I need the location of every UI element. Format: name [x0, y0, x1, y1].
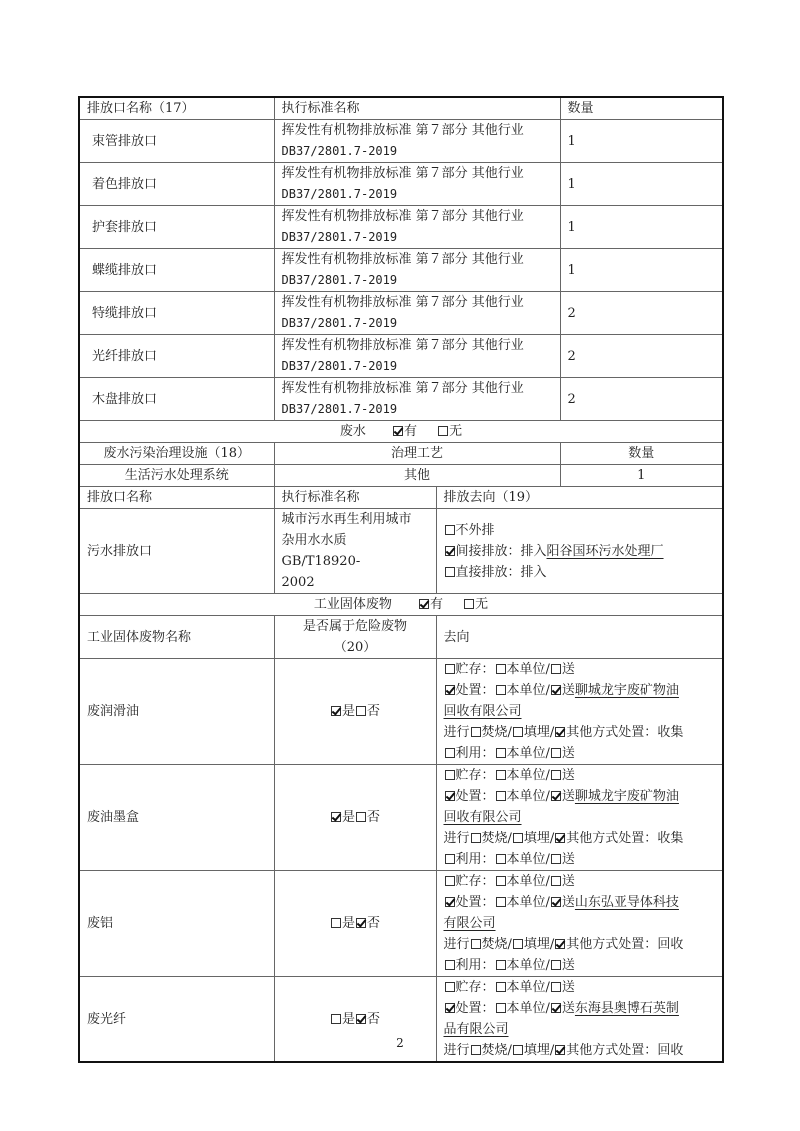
- option-indirect-discharge[interactable]: 间接排放：排入阳谷国环污水处理厂: [444, 541, 716, 562]
- outlet-count: 2: [560, 378, 723, 421]
- sewage-outlet-header-row: 排放口名称 执行标准名称 排放去向（19）: [79, 487, 723, 509]
- checkbox-checked-icon[interactable]: [331, 706, 341, 716]
- checkbox-unchecked-icon[interactable]: [513, 833, 523, 843]
- checkbox-unchecked-icon[interactable]: [551, 876, 561, 886]
- checkbox-checked-icon[interactable]: [555, 939, 565, 949]
- checkbox-unchecked-icon[interactable]: [496, 770, 506, 780]
- outlet-count: 1: [560, 120, 723, 163]
- header-facility-count: 数量: [560, 443, 723, 465]
- checkbox-checked-icon[interactable]: [551, 791, 561, 801]
- checkbox-unchecked-icon[interactable]: [445, 770, 455, 780]
- outlet-count: 2: [560, 292, 723, 335]
- solid-waste-yes-label: 有: [430, 597, 443, 612]
- page-number: 2: [0, 1036, 800, 1050]
- sewage-outlet-name: 污水排放口: [79, 509, 274, 594]
- checkbox-unchecked-icon[interactable]: [496, 854, 506, 864]
- outlet-row: 特缆排放口 挥发性有机物排放标准 第７部分 其他行业DB37/2801.7-20…: [79, 292, 723, 335]
- waste-destination: 贮存：本单位/送 处置：本单位/送聊城龙宇废矿物油 回收有限公司 进行焚烧/填埋…: [436, 659, 723, 765]
- solid-waste-row: 废润滑油 是否 贮存：本单位/送 处置：本单位/送聊城龙宇废矿物油 回收有限公司…: [79, 659, 723, 765]
- checkbox-unchecked-icon[interactable]: [356, 706, 366, 716]
- outlet-name: 特缆排放口: [79, 292, 274, 335]
- checkbox-unchecked-icon[interactable]: [551, 854, 561, 864]
- option-no-discharge[interactable]: 不外排: [444, 520, 716, 541]
- outlet-name: 光纤排放口: [79, 335, 274, 378]
- header-destination: 去向: [436, 616, 723, 659]
- checkbox-checked-icon[interactable]: [551, 897, 561, 907]
- checkbox-unchecked-icon[interactable]: [496, 791, 506, 801]
- outlet-row: 光纤排放口 挥发性有机物排放标准 第７部分 其他行业DB37/2801.7-20…: [79, 335, 723, 378]
- outlet-row: 木盘排放口 挥发性有机物排放标准 第７部分 其他行业DB37/2801.7-20…: [79, 378, 723, 421]
- recipient-name-cont: 回收有限公司: [444, 810, 522, 825]
- outlet-name: 护套排放口: [79, 206, 274, 249]
- outlet-row: 着色排放口 挥发性有机物排放标准 第７部分 其他行业DB37/2801.7-20…: [79, 163, 723, 206]
- checkbox-checked-icon[interactable]: [356, 1014, 366, 1024]
- checkbox-unchecked-icon[interactable]: [445, 854, 455, 864]
- checkbox-unchecked-icon[interactable]: [551, 960, 561, 970]
- checkbox-unchecked-icon[interactable]: [445, 525, 455, 535]
- waste-name: 废油墨盒: [79, 765, 274, 871]
- indirect-target: 阳谷国环污水处理厂: [547, 544, 664, 559]
- facility-count: 1: [560, 465, 723, 487]
- wastewater-yes-label: 有: [404, 424, 417, 439]
- checkbox-checked-icon[interactable]: [555, 727, 565, 737]
- recipient-name: 聊城龙宇废矿物油: [575, 789, 679, 804]
- recipient-name-cont: 回收有限公司: [444, 704, 522, 719]
- header-outlet-name: 排放口名称（17）: [79, 97, 274, 120]
- checkbox-unchecked-icon[interactable]: [496, 876, 506, 886]
- checkbox-unchecked-icon[interactable]: [445, 567, 455, 577]
- wastewater-toggle: 废水 有 无: [79, 421, 723, 443]
- checkbox-checked-icon[interactable]: [551, 1003, 561, 1013]
- outlet-name: 着色排放口: [79, 163, 274, 206]
- outlet-name: 木盘排放口: [79, 378, 274, 421]
- checkbox-unchecked-icon[interactable]: [331, 1014, 341, 1024]
- outlet-standard: 挥发性有机物排放标准 第７部分 其他行业DB37/2801.7-2019: [274, 120, 560, 163]
- waste-destination: 贮存：本单位/送 处置：本单位/送山东弘亚导体科技 有限公司 进行焚烧/填埋/其…: [436, 871, 723, 977]
- checkbox-unchecked-icon[interactable]: [445, 876, 455, 886]
- checkbox-unchecked-icon[interactable]: [445, 748, 455, 758]
- header-hazardous: 是否属于危险废物（20）: [274, 616, 436, 659]
- recipient-name-cont: 品有限公司: [444, 1022, 509, 1037]
- checkbox-checked-icon[interactable]: [551, 685, 561, 695]
- facility-name: 生活污水处理系统: [79, 465, 274, 487]
- outlet-count: 2: [560, 335, 723, 378]
- outlet-name: 束管排放口: [79, 120, 274, 163]
- outlet-standard: 挥发性有机物排放标准 第７部分 其他行业DB37/2801.7-2019: [274, 292, 560, 335]
- waste-name: 废润滑油: [79, 659, 274, 765]
- waste-destination: 贮存：本单位/送 处置：本单位/送聊城龙宇废矿物油 回收有限公司 进行焚烧/填埋…: [436, 765, 723, 871]
- solid-waste-header-row: 工业固体废物名称 是否属于危险废物（20） 去向: [79, 616, 723, 659]
- header-process: 治理工艺: [274, 443, 560, 465]
- solid-waste-title-row: 工业固体废物 有 无: [79, 594, 723, 616]
- environmental-info-table: 排放口名称（17） 执行标准名称 数量 束管排放口 挥发性有机物排放标准 第７部…: [78, 96, 724, 1063]
- wastewater-title-row: 废水 有 无: [79, 421, 723, 443]
- checkbox-unchecked-icon[interactable]: [445, 982, 455, 992]
- sewage-outlet-row: 污水排放口 城市污水再生利用城市 杂用水水质 GB/T18920- 2002 不…: [79, 509, 723, 594]
- outlet-standard: 挥发性有机物排放标准 第７部分 其他行业DB37/2801.7-2019: [274, 335, 560, 378]
- facility-process: 其他: [274, 465, 560, 487]
- checkbox-unchecked-icon[interactable]: [513, 939, 523, 949]
- checkbox-unchecked-icon[interactable]: [496, 664, 506, 674]
- checkbox-checked-icon[interactable]: [331, 812, 341, 822]
- wastewater-title: 废水: [340, 424, 366, 439]
- document-page: 排放口名称（17） 执行标准名称 数量 束管排放口 挥发性有机物排放标准 第７部…: [0, 0, 800, 1131]
- facility-header-row: 废水污染治理设施（18） 治理工艺 数量: [79, 443, 723, 465]
- header-count: 数量: [560, 97, 723, 120]
- checkbox-unchecked-icon[interactable]: [496, 960, 506, 970]
- checkbox-unchecked-icon[interactable]: [445, 664, 455, 674]
- outlet-standard: 挥发性有机物排放标准 第７部分 其他行业DB37/2801.7-2019: [274, 249, 560, 292]
- checkbox-unchecked-icon[interactable]: [496, 897, 506, 907]
- checkbox-unchecked-icon[interactable]: [551, 982, 561, 992]
- recipient-name: 东海县奥博石英制: [575, 1001, 679, 1016]
- option-direct-discharge[interactable]: 直接排放：排入: [444, 562, 716, 583]
- checkbox-checked-icon[interactable]: [393, 426, 403, 436]
- outlet-standard: 挥发性有机物排放标准 第７部分 其他行业DB37/2801.7-2019: [274, 206, 560, 249]
- outlet-name: 蝶缆排放口: [79, 249, 274, 292]
- checkbox-unchecked-icon[interactable]: [356, 812, 366, 822]
- checkbox-unchecked-icon[interactable]: [471, 727, 481, 737]
- outlet-standard: 挥发性有机物排放标准 第７部分 其他行业DB37/2801.7-2019: [274, 378, 560, 421]
- header-facility: 废水污染治理设施（18）: [79, 443, 274, 465]
- checkbox-unchecked-icon[interactable]: [551, 664, 561, 674]
- checkbox-unchecked-icon[interactable]: [551, 770, 561, 780]
- checkbox-unchecked-icon[interactable]: [464, 599, 474, 609]
- facility-row: 生活污水处理系统 其他 1: [79, 465, 723, 487]
- checkbox-unchecked-icon[interactable]: [471, 939, 481, 949]
- outlet-count: 1: [560, 206, 723, 249]
- header-solid-waste-name: 工业固体废物名称: [79, 616, 274, 659]
- checkbox-unchecked-icon[interactable]: [445, 960, 455, 970]
- header-discharge-destination: 排放去向（19）: [436, 487, 723, 509]
- solid-waste-toggle: 工业固体废物 有 无: [79, 594, 723, 616]
- checkbox-unchecked-icon[interactable]: [331, 918, 341, 928]
- checkbox-unchecked-icon[interactable]: [496, 685, 506, 695]
- waste-name: 废铝: [79, 871, 274, 977]
- solid-waste-no-label: 无: [475, 597, 488, 612]
- outlet-row: 束管排放口 挥发性有机物排放标准 第７部分 其他行业DB37/2801.7-20…: [79, 120, 723, 163]
- header-sewage-standard: 执行标准名称: [274, 487, 436, 509]
- header-sewage-outlet-name: 排放口名称: [79, 487, 274, 509]
- recipient-name: 山东弘亚导体科技: [575, 895, 679, 910]
- checkbox-checked-icon[interactable]: [419, 599, 429, 609]
- checkbox-unchecked-icon[interactable]: [513, 727, 523, 737]
- recipient-name: 聊城龙宇废矿物油: [575, 683, 679, 698]
- solid-waste-title: 工业固体废物: [314, 597, 392, 612]
- sewage-standard: 城市污水再生利用城市 杂用水水质 GB/T18920- 2002: [274, 509, 436, 594]
- checkbox-unchecked-icon[interactable]: [471, 833, 481, 843]
- checkbox-checked-icon[interactable]: [445, 685, 455, 695]
- checkbox-unchecked-icon[interactable]: [551, 748, 561, 758]
- outlet-count: 1: [560, 249, 723, 292]
- checkbox-unchecked-icon[interactable]: [496, 1003, 506, 1013]
- hazardous-choice: 是否: [274, 871, 436, 977]
- outlet-standard: 挥发性有机物排放标准 第７部分 其他行业DB37/2801.7-2019: [274, 163, 560, 206]
- recipient-name-cont: 有限公司: [444, 916, 496, 931]
- checkbox-unchecked-icon[interactable]: [496, 982, 506, 992]
- outlets-header-row: 排放口名称（17） 执行标准名称 数量: [79, 97, 723, 120]
- outlet-count: 1: [560, 163, 723, 206]
- hazardous-choice: 是否: [274, 765, 436, 871]
- solid-waste-row: 废油墨盒 是否 贮存：本单位/送 处置：本单位/送聊城龙宇废矿物油 回收有限公司…: [79, 765, 723, 871]
- checkbox-unchecked-icon[interactable]: [496, 748, 506, 758]
- checkbox-checked-icon[interactable]: [445, 546, 455, 556]
- solid-waste-row: 废铝 是否 贮存：本单位/送 处置：本单位/送山东弘亚导体科技 有限公司 进行焚…: [79, 871, 723, 977]
- checkbox-checked-icon[interactable]: [555, 833, 565, 843]
- checkbox-checked-icon[interactable]: [445, 897, 455, 907]
- checkbox-unchecked-icon[interactable]: [438, 426, 448, 436]
- outlet-row: 护套排放口 挥发性有机物排放标准 第７部分 其他行业DB37/2801.7-20…: [79, 206, 723, 249]
- checkbox-checked-icon[interactable]: [445, 1003, 455, 1013]
- outlet-row: 蝶缆排放口 挥发性有机物排放标准 第７部分 其他行业DB37/2801.7-20…: [79, 249, 723, 292]
- header-standard-name: 执行标准名称: [274, 97, 560, 120]
- wastewater-no-label: 无: [449, 424, 462, 439]
- checkbox-checked-icon[interactable]: [445, 791, 455, 801]
- checkbox-checked-icon[interactable]: [356, 918, 366, 928]
- discharge-destination: 不外排 间接排放：排入阳谷国环污水处理厂 直接排放：排入: [436, 509, 723, 594]
- hazardous-choice: 是否: [274, 659, 436, 765]
